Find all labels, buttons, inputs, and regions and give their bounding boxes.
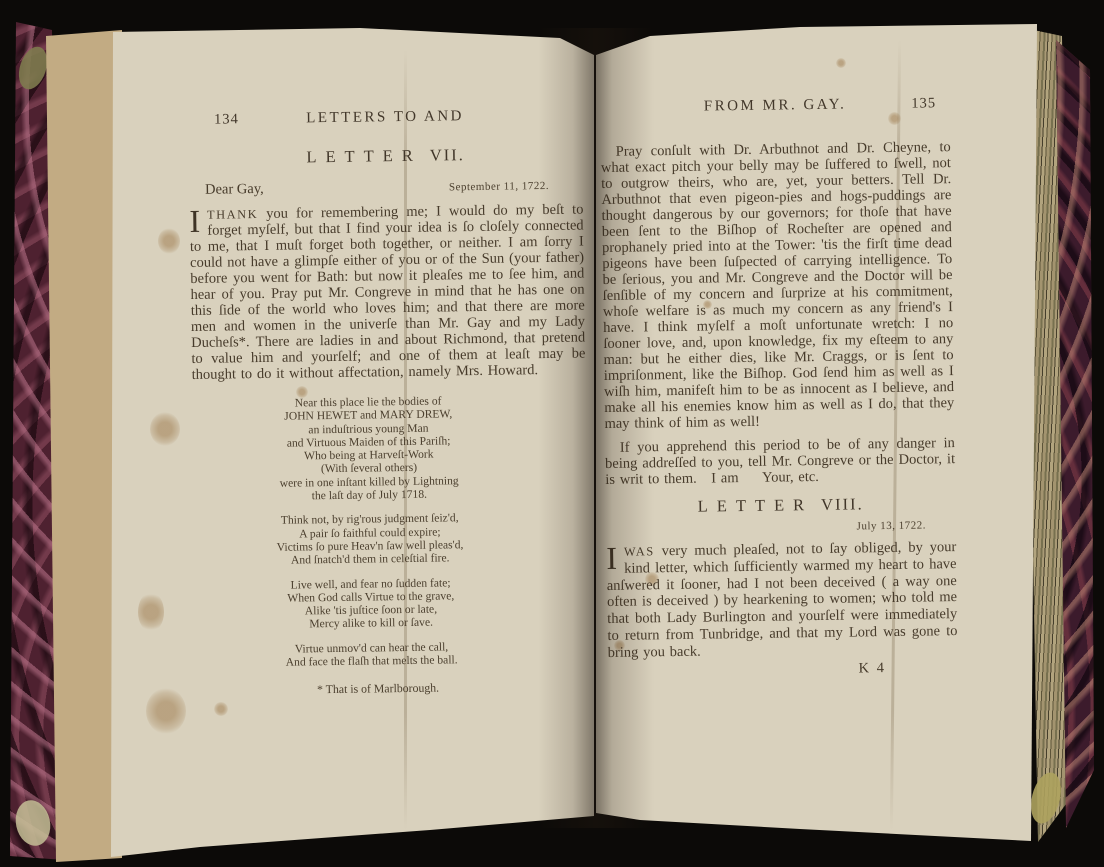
right-page-content: FROM MR. GAY. 135 Pray conſult with Dr. …	[600, 95, 958, 680]
right-page-number: 135	[911, 95, 936, 112]
letter-vii-body-text: you for remembering me; I would do my be…	[190, 201, 586, 382]
right-running-header: FROM MR. GAY.	[704, 97, 847, 115]
lead-word: WAS	[624, 544, 655, 558]
letter-vii-continuation: Pray conſult with Dr. Arbuthnot and Dr. …	[601, 139, 955, 432]
letter-vii-body: ITHANK you for remembering me; I would d…	[189, 201, 585, 382]
open-book-photo: 134 LETTERS TO AND LETTERVII. Dear Gay, …	[0, 0, 1104, 867]
letter-heading-word: LETTER	[698, 495, 814, 516]
letter-viii-date: July 13, 1722.	[606, 519, 956, 536]
letter-viii-body-text: very much pleaſed, not to ſay obliged, b…	[607, 539, 958, 661]
verse-stanza-3: Live well, and fear no ſudden fate; When…	[195, 575, 548, 633]
letter-vii-date: September 11, 1722.	[449, 179, 583, 193]
dropcap-initial: I	[189, 207, 207, 235]
letter-heading-numeral: VIII.	[821, 494, 864, 514]
salutation: Dear Gay,	[189, 181, 264, 199]
verse-stanza-2: Think not, by rig'rous judgment ſeiz'd, …	[194, 510, 547, 568]
left-page-content: 134 LETTERS TO AND LETTERVII. Dear Gay, …	[188, 106, 590, 699]
letter-heading-word: LETTER	[306, 146, 422, 167]
right-page-header: FROM MR. GAY. 135	[600, 95, 950, 120]
epitaph-verse: Near this place lie the bodies of JOHN H…	[192, 393, 545, 504]
letter-viii-heading: LETTERVIII.	[606, 493, 956, 518]
letter-heading-numeral: VII.	[430, 145, 465, 164]
left-page-number: 134	[214, 111, 239, 128]
verse-stanza-4: Virtue unmov'd can hear the call, And fa…	[195, 639, 547, 671]
dropcap-initial: I	[606, 544, 624, 572]
letter-vii-closing: If you apprehend this period to be of an…	[605, 435, 956, 488]
lead-word: THANK	[207, 207, 258, 222]
letter-viii-body: IWAS very much pleaſed, not to ſay oblig…	[606, 539, 958, 661]
left-running-header: LETTERS TO AND	[306, 108, 464, 126]
left-page-header: 134 LETTERS TO AND	[188, 106, 582, 131]
letter-vii-heading: LETTERVII.	[189, 143, 583, 168]
salutation-row: Dear Gay, September 11, 1722.	[189, 176, 583, 198]
